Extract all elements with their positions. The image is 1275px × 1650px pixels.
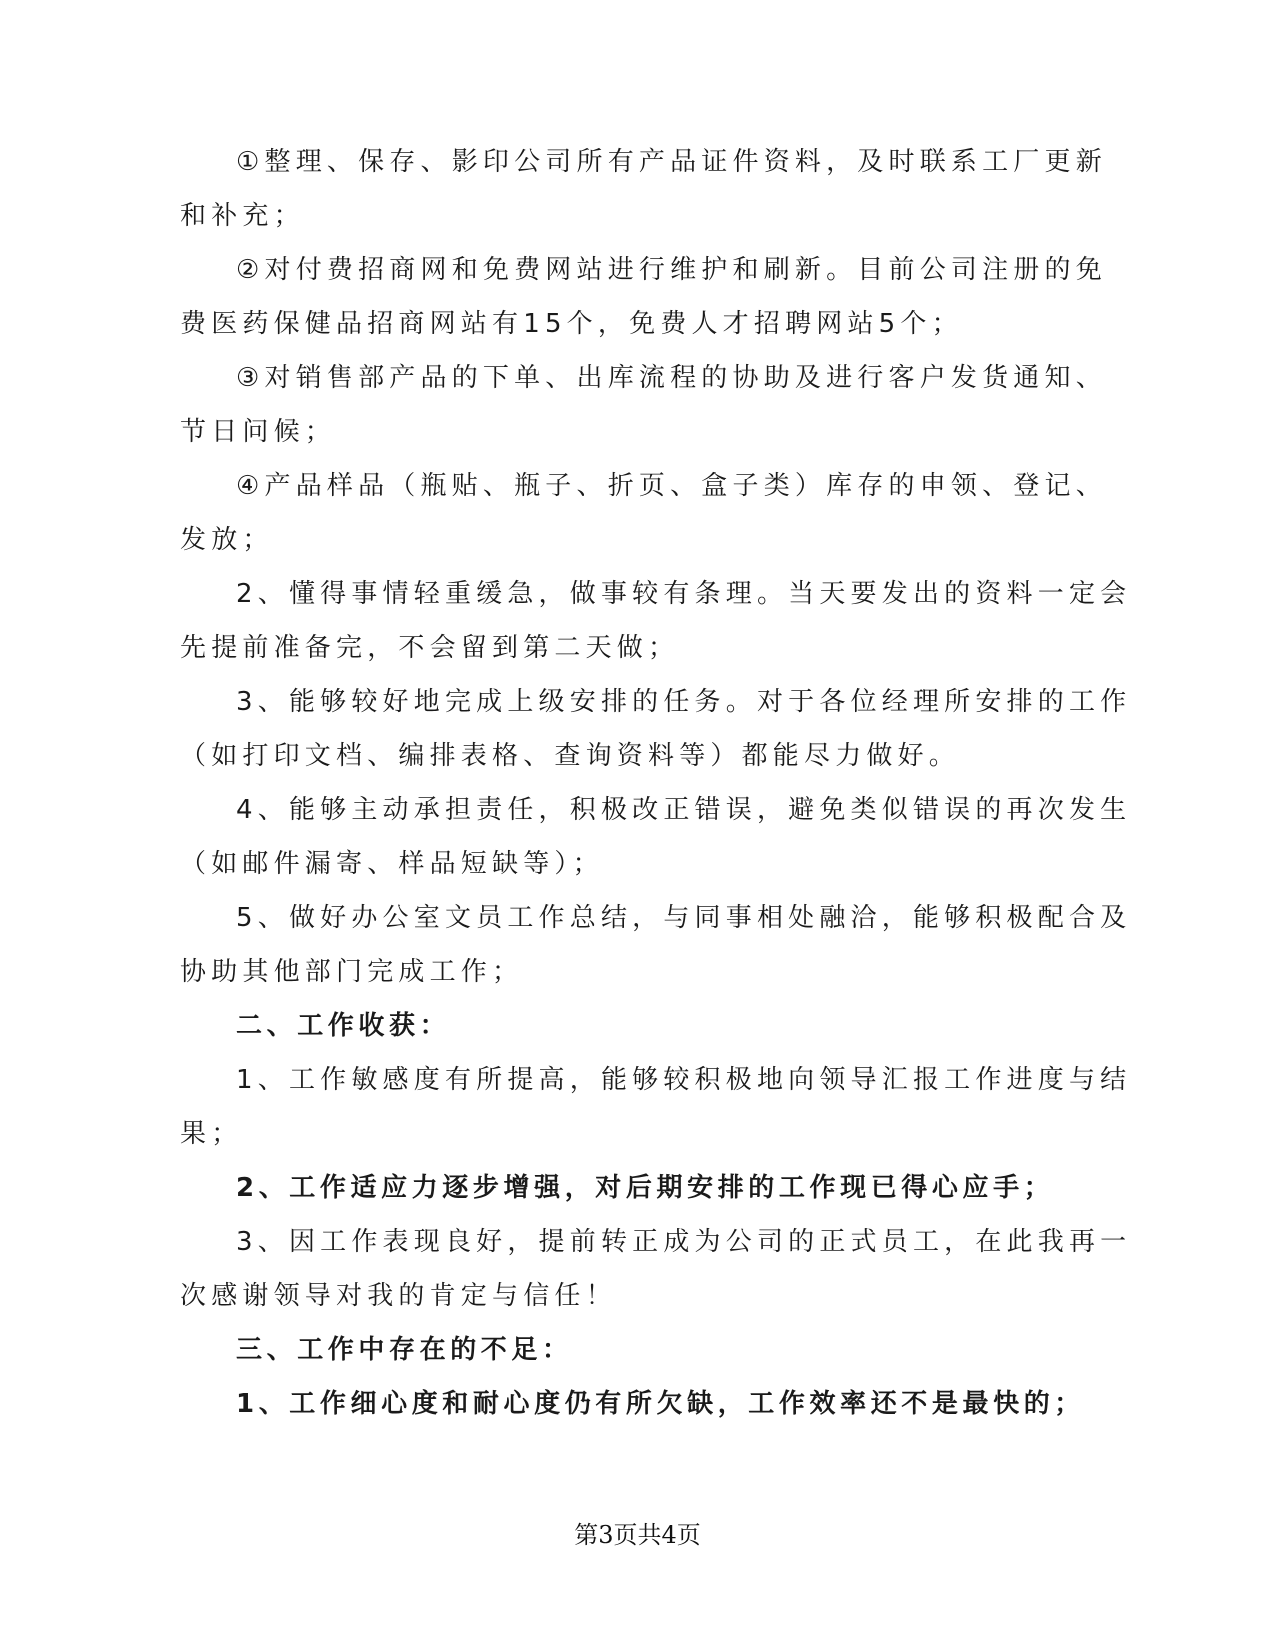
text-line: 1、工作敏感度有所提高，能够较积极地向领导汇报工作进度与结 — [236, 1063, 1131, 1097]
text-line: 1、工作细心度和耐心度仍有所欠缺，工作效率还不是最快的； — [236, 1387, 1085, 1421]
text-line: 4、能够主动承担责任，积极改正错误，避免类似错误的再次发生 — [236, 793, 1131, 827]
text-line: 5、做好办公室文员工作总结，与同事相处融洽，能够积极配合及 — [236, 901, 1131, 935]
text-line: 节日问候； — [180, 415, 336, 449]
text-line: 和补充； — [180, 199, 305, 233]
text-line: ③对销售部产品的下单、出库流程的协助及进行客户发货通知、 — [236, 361, 1107, 395]
text-line: 协助其他部门完成工作； — [180, 955, 523, 989]
text-line: ①整理、保存、影印公司所有产品证件资料，及时联系工厂更新 — [236, 145, 1107, 179]
section-heading: 三、工作中存在的不足： — [236, 1333, 573, 1367]
text-line: 果； — [180, 1117, 242, 1151]
text-line: 3、能够较好地完成上级安排的任务。对于各位经理所安排的工作 — [236, 685, 1131, 719]
text-line: ④产品样品（瓶贴、瓶子、折页、盒子类）库存的申领、登记、 — [236, 469, 1107, 503]
text-line: 发放； — [180, 523, 274, 557]
text-line: 3、因工作表现良好，提前转正成为公司的正式员工，在此我再一 — [236, 1225, 1131, 1259]
text-line: 2、懂得事情轻重缓急，做事较有条理。当天要发出的资料一定会 — [236, 577, 1131, 611]
document-page: ①整理、保存、影印公司所有产品证件资料，及时联系工厂更新 和补充； ②对付费招商… — [0, 0, 1275, 1650]
section-heading: 二、工作收获： — [236, 1009, 450, 1043]
text-line: 费医药保健品招商网站有15个，免费人才招聘网站5个； — [180, 307, 963, 341]
text-line: 2、工作适应力逐步增强，对后期安排的工作现已得心应手； — [236, 1171, 1054, 1205]
text-line: （如邮件漏寄、样品短缺等）； — [180, 847, 604, 881]
page-number: 第3页共4页 — [0, 1515, 1275, 1550]
text-line: （如打印文档、编排表格、查询资料等）都能尽力做好。 — [180, 739, 960, 773]
text-line: 先提前准备完，不会留到第二天做； — [180, 631, 679, 665]
text-line: 次感谢领导对我的肯定与信任！ — [180, 1279, 617, 1313]
text-line: ②对付费招商网和免费网站进行维护和刷新。目前公司注册的免 — [236, 253, 1107, 287]
